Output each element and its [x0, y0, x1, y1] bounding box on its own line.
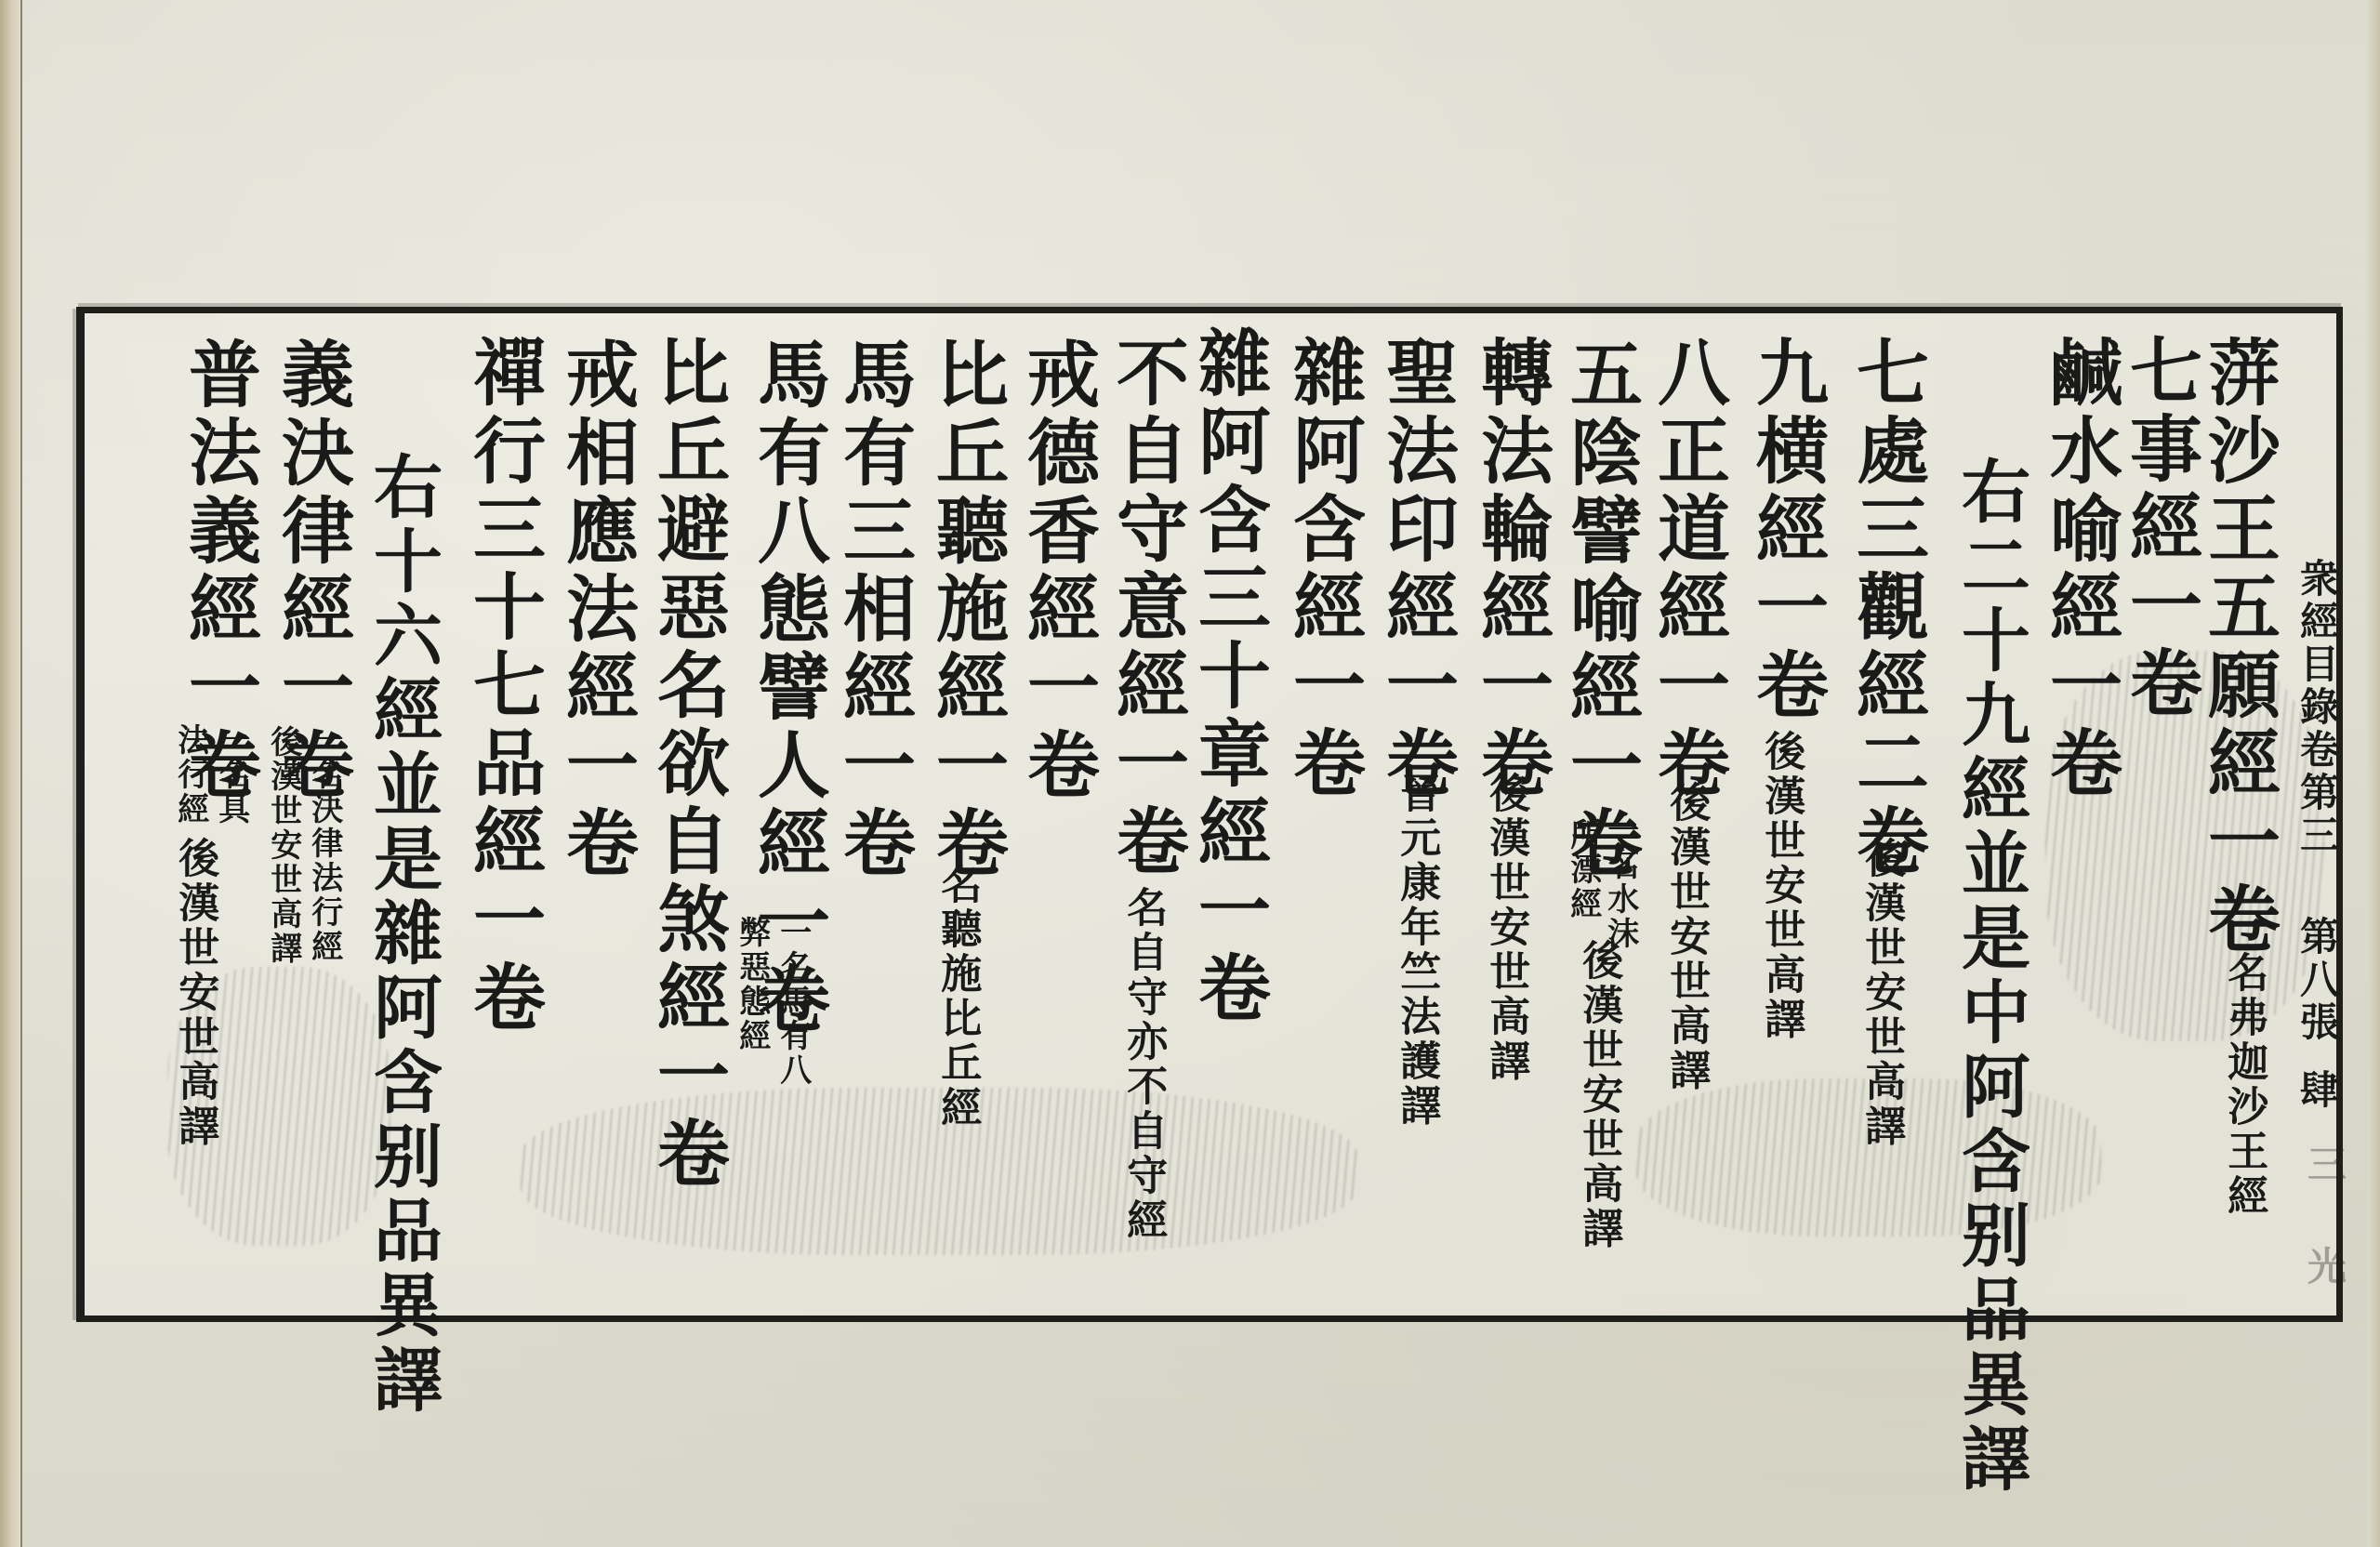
entry-title: 雜阿含經一卷 [1287, 335, 1359, 803]
entry-translator: 後漢世安世高譯 [1859, 837, 1902, 1149]
entry-title: 聖法印經一卷 [1380, 335, 1452, 803]
entry-title: 九横經一卷 [1750, 335, 1822, 725]
binding-edge-left [0, 0, 22, 1547]
entry-translator: 後漢世安世高譯 [266, 725, 299, 966]
entry-title: 蓱沙王五願經一卷 [2201, 335, 2274, 959]
binding-edge-right [2367, 0, 2380, 1547]
entry-title: 雜阿含三十章經一卷 [1192, 325, 1264, 1028]
entry-note: 一名決律法行經 [307, 723, 340, 964]
entry-note-line-1: 一名具 [214, 723, 247, 826]
leaf-number: 第八張 [2289, 916, 2345, 1044]
entry-title: 七處三觀經二卷 [1850, 335, 1923, 881]
entry-title: 鹹水喻經一卷 [2043, 335, 2116, 803]
entry-title: 七事經一卷 [2123, 333, 2196, 723]
entry-translator: 後漢世安世高譯 [1484, 772, 1527, 1084]
running-title: 衆經目錄卷第三 [2289, 558, 2345, 857]
entry-note: 一名自守亦不自守經 [1121, 841, 1164, 1243]
group-summary: 右二十九經並是中阿含别品異譯 [1956, 456, 2025, 1497]
entry-note: 一名聽施比丘經 [935, 818, 978, 1130]
entry-title: 八正道經一卷 [1651, 335, 1724, 803]
entry-title: 不自守意經一卷 [1110, 335, 1183, 881]
entry-title: 五陰譬喻經一卷 [1564, 337, 1636, 883]
entry-title: 禪行三十七品經一卷 [467, 335, 539, 1038]
carver-mark: 肆 [2289, 1069, 2345, 1112]
entry-note-line-2: 弊惡態經 [734, 916, 768, 1053]
margin-mark: 光 [2296, 1246, 2352, 1289]
entry-title: 戒相應法經一卷 [560, 337, 632, 883]
group-summary: 右十六經並是雜阿含别品異譯 [368, 451, 437, 1418]
margin-mark: 三 [2296, 1144, 2352, 1186]
entry-title: 比丘聽施經一卷 [930, 337, 1002, 883]
entry-translator: 後漢世安世高譯 [1577, 939, 1620, 1251]
entry-note: 一名弗迦沙王經 [2222, 906, 2265, 1219]
entry-note-line-2: 法行經 [173, 723, 206, 826]
entry-note-line-1: 一名馬有八 [775, 916, 809, 1088]
entry-title: 戒德香經一卷 [1021, 337, 1093, 805]
entry-note-line-1: 一名水沫 [1603, 813, 1636, 951]
entry-title: 馬有三相經一卷 [837, 337, 909, 883]
entry-note-line-2: 所漂經 [1566, 818, 1599, 921]
entry-translator: 晉元康年竺法護譯 [1395, 772, 1437, 1129]
entry-translator: 後漢世安世高譯 [173, 837, 216, 1149]
entry-translator: 後漢世安世高譯 [1759, 730, 1802, 1042]
entry-title: 轉法輪經一卷 [1474, 335, 1547, 803]
entry-translator: 後漢世安世高譯 [1664, 781, 1707, 1093]
entry-title: 比丘避惡名欲自煞經一卷 [651, 335, 723, 1194]
